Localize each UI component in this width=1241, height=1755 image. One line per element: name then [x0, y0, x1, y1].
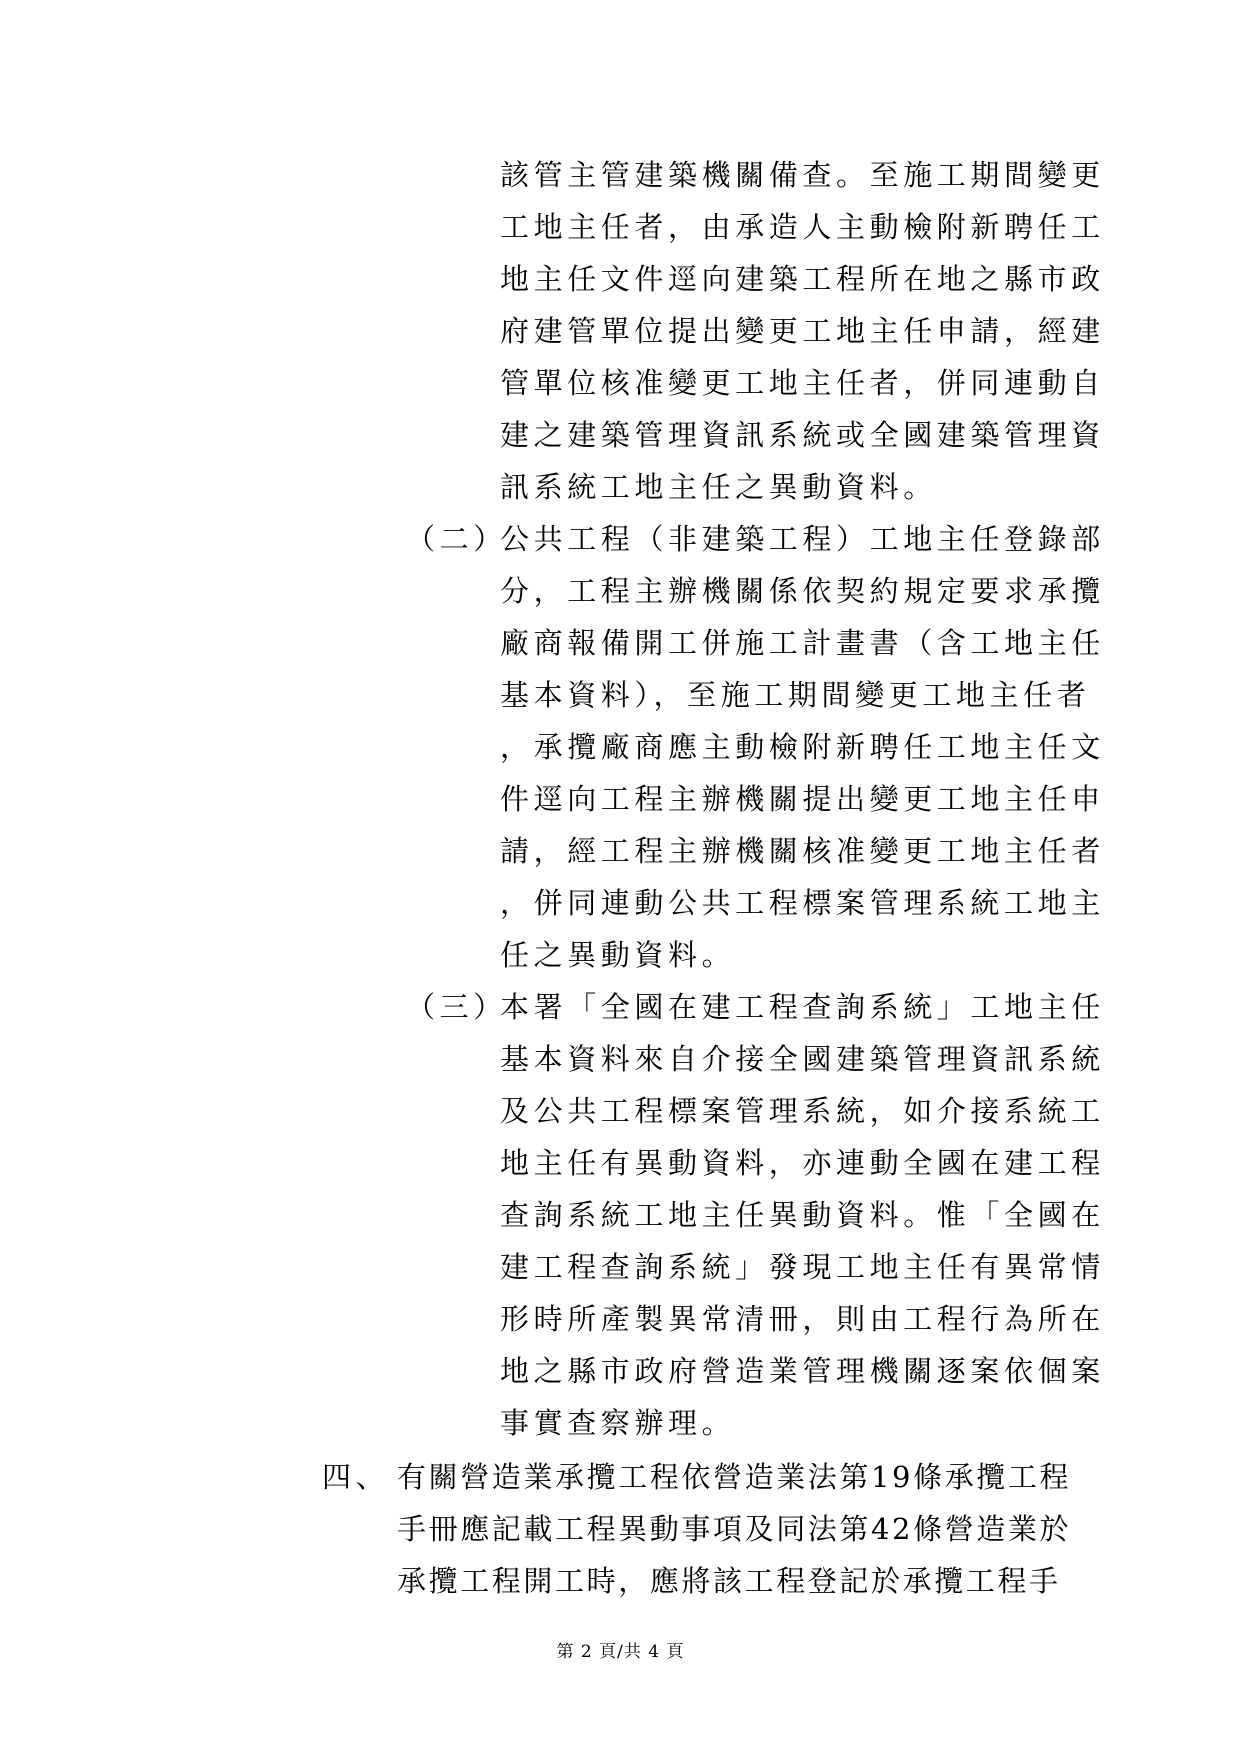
- page-number-footer: 第 2 頁/共 4 頁: [0, 1640, 1241, 1664]
- paragraph-line: 請，經工程主辦機關核准變更工地主任者: [500, 834, 1105, 868]
- paragraph-line: 形時所產製異常清冊，則由工程行為所在: [500, 1302, 1105, 1336]
- paragraph-line: 分，工程主辦機關係依契約規定要求承攬: [500, 574, 1105, 608]
- paragraph-line: 地之縣市政府營造業管理機關逐案依個案: [500, 1354, 1105, 1388]
- paragraph-line: 廠商報備開工併施工計畫書（含工地主任: [500, 626, 1105, 660]
- paragraph-line: 府建管單位提出變更工地主任申請，經建: [500, 314, 1105, 348]
- item-label: （三）: [406, 990, 507, 1024]
- paragraph-line: 件逕向工程主辦機關提出變更工地主任申: [500, 782, 1105, 816]
- paragraph-line: 有關營造業承攬工程依營造業法第19條承攬工程: [397, 1460, 1071, 1494]
- paragraph-line: 承攬工程開工時，應將該工程登記於承攬工程手: [397, 1564, 1061, 1598]
- paragraph-line: 查詢系統工地主任異動資料。惟「全國在: [500, 1198, 1105, 1232]
- item-label: （二）: [406, 522, 507, 556]
- paragraph-line: 地主任有異動資料，亦連動全國在建工程: [500, 1146, 1105, 1180]
- item-label: 四、: [322, 1460, 389, 1494]
- paragraph-line: 建工程查詢系統」發現工地主任有異常情: [500, 1250, 1105, 1284]
- paragraph-line: 管單位核准變更工地主任者，併同連動自: [500, 366, 1105, 400]
- paragraph-line: ，併同連動公共工程標案管理系統工地主: [500, 886, 1105, 920]
- paragraph-line: 及公共工程標案管理系統，如介接系統工: [500, 1094, 1105, 1128]
- paragraph-line: ，承攬廠商應主動檢附新聘任工地主任文: [500, 730, 1105, 764]
- paragraph-line: 事實查察辦理。: [500, 1406, 735, 1440]
- paragraph-line: 本署「全國在建工程查詢系統」工地主任: [500, 990, 1105, 1024]
- paragraph-line: 建之建築管理資訊系統或全國建築管理資: [500, 418, 1105, 452]
- paragraph-line: 該管主管建築機關備查。至施工期間變更: [500, 158, 1105, 192]
- paragraph-line: 地主任文件逕向建築工程所在地之縣市政: [500, 262, 1105, 296]
- paragraph-line: 任之異動資料。: [500, 938, 735, 972]
- paragraph-line: 公共工程（非建築工程）工地主任登錄部: [500, 522, 1105, 556]
- paragraph-line: 基本資料來自介接全國建築管理資訊系統: [500, 1042, 1105, 1076]
- paragraph-line: 手冊應記載工程異動事項及同法第42條營造業於: [397, 1512, 1071, 1546]
- paragraph-line: 基本資料），至施工期間變更工地主任者: [500, 678, 1090, 712]
- paragraph-line: 訊系統工地主任之異動資料。: [500, 470, 937, 504]
- paragraph-line: 工地主任者，由承造人主動檢附新聘任工: [500, 210, 1105, 244]
